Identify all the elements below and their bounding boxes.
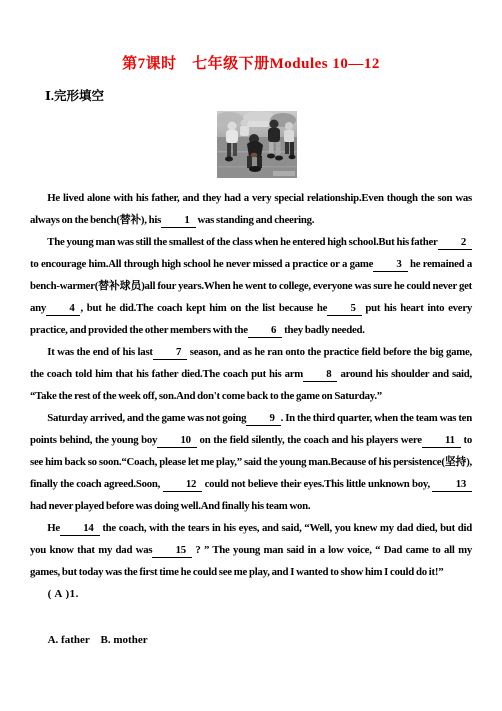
section-heading-cloze: Ⅰ.完形填空 [45,86,502,104]
paragraph: The young man was still the smallest of … [30,231,472,341]
football-photo [0,111,502,178]
answer-line: ( A )1. [30,583,472,606]
blank-4: 4 [46,302,80,316]
blank-7: 7 [153,346,187,360]
blank-8: 8 [303,368,337,382]
blank-11: 11 [422,434,461,448]
paragraph: It was the end of his last7 season, and … [30,341,472,407]
paragraph: Saturday arrived, and the game was not g… [30,407,472,517]
blank-13: 13 [432,478,472,492]
cloze-passage: He lived alone with his father, and they… [30,187,472,583]
blank-2: 2 [438,236,472,250]
blank-15: 15 [152,544,192,558]
blank-10: 10 [157,434,197,448]
blank-1: 1 [161,214,195,228]
blank-5: 5 [327,302,361,316]
page-title: 第7课时 七年级下册Modules 10—12 [0,52,502,73]
worksheet-page: 第7课时 七年级下册Modules 10—12 Ⅰ.完形填空 [0,0,502,711]
paragraph: He14 the coach, with the tears in his ey… [30,517,472,583]
paragraph: He lived alone with his father, and they… [30,187,472,231]
blank-12: 12 [163,478,203,492]
options-line: A. father B. mother [30,629,472,652]
blank-3: 3 [373,258,407,272]
football-photo-image [217,111,297,178]
blank-6: 6 [248,324,282,338]
blank-14: 14 [60,522,100,536]
blank-9: 9 [246,412,280,426]
